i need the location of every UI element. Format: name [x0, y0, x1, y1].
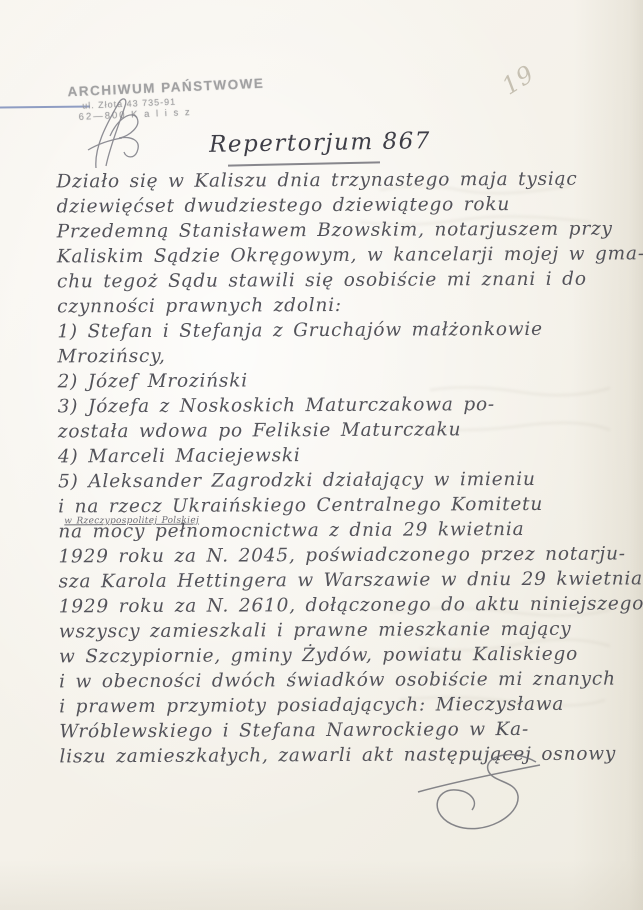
- manuscript-line: 5) Aleksander Zagrodzki działający w imi…: [58, 467, 598, 495]
- signature-flourish: [412, 750, 547, 845]
- manuscript-line: 3) Józefa z Noskoskich Maturczakowa po-: [58, 392, 598, 420]
- clerk-initials-flourish: [84, 92, 164, 177]
- manuscript-line: na mocy pełnomocnictwa z dnia 29 kwietni…: [58, 517, 598, 545]
- manuscript-line: dziewięćset dwudziestego dziewiątego rok…: [57, 192, 597, 220]
- manuscript-line: wszyscy zamieszkali i prawne mieszkanie …: [59, 617, 599, 645]
- manuscript-line: chu tegoż Sądu stawili się osobiście mi …: [57, 267, 597, 295]
- manuscript-line: Wróblewskiego i Stefana Nawrockiego w Ka…: [59, 717, 599, 745]
- scanned-page: ARCHIWUM PAŃSTWOWE ul. Złota 43 735-91 6…: [0, 0, 643, 910]
- manuscript-line: została wdowa po Feliksie Maturczaku: [58, 417, 598, 445]
- manuscript-line: czynności prawnych zdolni:: [57, 292, 597, 320]
- manuscript-line: 1929 roku za N. 2610, dołączonego do akt…: [59, 592, 599, 620]
- manuscript-line: 1) Stefan i Stefanja z Gruchajów małżonk…: [57, 317, 597, 345]
- manuscript-line: Kaliskim Sądzie Okręgowym, w kancelarji …: [57, 242, 597, 270]
- manuscript-line: 4) Marceli Maciejewski: [58, 442, 598, 470]
- manuscript-line: w Szczypiornie, gminy Żydów, powiatu Kal…: [59, 642, 599, 670]
- manuscript-body: Działo się w Kaliszu dnia trzynastego ma…: [56, 167, 599, 770]
- manuscript-line: sza Karola Hettingera w Warszawie w dniu…: [59, 567, 599, 595]
- manuscript-line: Mrozińscy,: [57, 342, 597, 370]
- manuscript-line: i prawem przymioty posiadających: Mieczy…: [59, 692, 599, 720]
- manuscript-line: Działo się w Kaliszu dnia trzynastego ma…: [56, 167, 596, 195]
- manuscript-line: Przedemną Stanisławem Bzowskim, notarjus…: [57, 217, 597, 245]
- manuscript-line: i w obecności dwóch świadków osobiście m…: [59, 667, 599, 695]
- manuscript-line: 2) Józef Mroziński: [57, 367, 597, 395]
- manuscript-line: 1929 roku za N. 2045, poświadczonego prz…: [58, 542, 598, 570]
